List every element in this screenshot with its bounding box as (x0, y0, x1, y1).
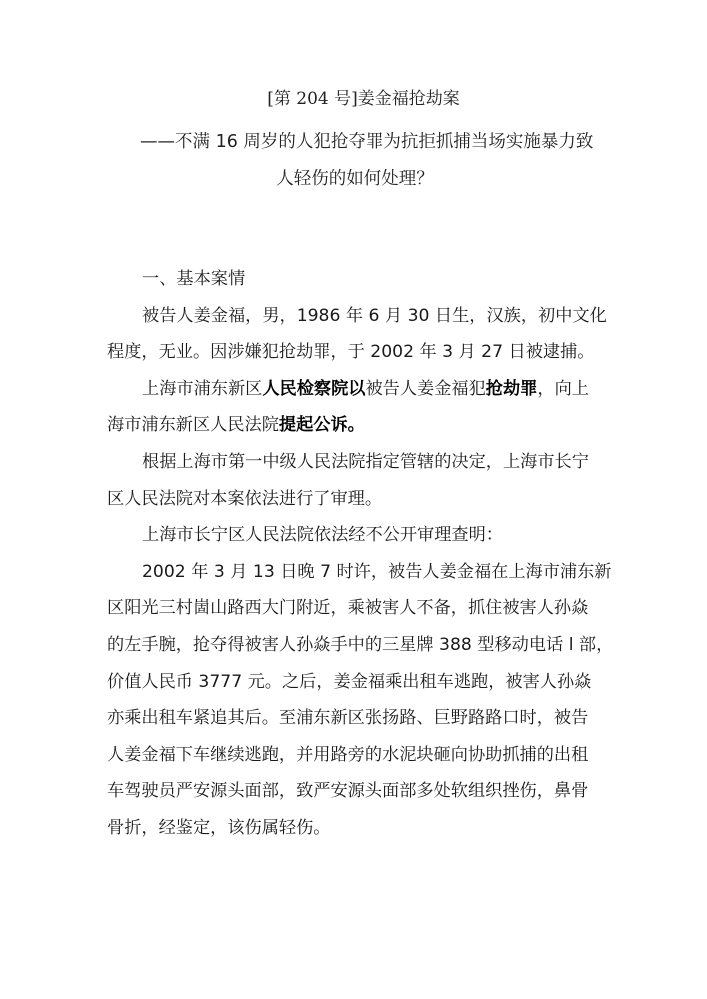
paragraph-defendant-info: 被告人姜金福，男，1986 年 6 月 30 日生，汉族，初中文化 程度，无业。… (107, 298, 601, 371)
text-segment: ，向上 (537, 379, 589, 399)
section-heading: 一、基本案情 (107, 261, 601, 298)
bold-text-segment: 抢劫罪 (486, 379, 538, 399)
bold-text-segment: 提起公诉 (279, 415, 348, 435)
case-title: [第 204 号]姜金福抢劫案 (0, 88, 707, 110)
subtitle-line-1: ——不满 16 周岁的人犯抢夺罪为抗拒抓捕当场实施暴力致 (140, 124, 610, 161)
text-segment: 被告人姜金福犯 (365, 379, 485, 399)
paragraph-findings-intro: 上海市长宁区人民法院依法经不公开审理查明： (107, 517, 601, 554)
paragraph-line: 上海市长宁区人民法院依法经不公开审理查明： (107, 517, 601, 554)
paragraph-line: 程度，无业。因涉嫌犯抢劫罪，于 2002 年 3 月 27 日被逮捕。 (107, 334, 601, 371)
paragraph-line: 车驾驶员严安源头面部，致严安源头面部多处软组织挫伤，鼻骨 (107, 773, 601, 810)
document-body: 一、基本案情 被告人姜金福，男，1986 年 6 月 30 日生，汉族，初中文化… (107, 261, 601, 847)
paragraph-line: 海市浦东新区人民法院提起公诉。 (107, 407, 601, 444)
paragraph-line: 区人民法院对本案依法进行了审理。 (107, 481, 601, 518)
paragraph-line: 价值人民币 3777 元。之后，姜金福乘出租车逃跑，被害人孙焱 (107, 664, 601, 701)
paragraph-line: 亦乘出租车紧追其后。至浦东新区张扬路、巨野路路口时，被告 (107, 700, 601, 737)
document-page: [第 204 号]姜金福抢劫案 ——不满 16 周岁的人犯抢夺罪为抗拒抓捕当场实… (0, 0, 707, 999)
case-subtitle: ——不满 16 周岁的人犯抢夺罪为抗拒抓捕当场实施暴力致 人轻伤的如何处理？ (140, 124, 610, 198)
paragraph-line: 人姜金福下车继续逃跑，并用路旁的水泥块砸向协助抓捕的出租 (107, 737, 601, 774)
text-segment: 。 (348, 415, 365, 435)
paragraph-line: 被告人姜金福，男，1986 年 6 月 30 日生，汉族，初中文化 (107, 298, 601, 335)
bold-text-segment: 人民检察院以 (262, 379, 365, 399)
paragraph-line: 根据上海市第一中级人民法院指定管辖的决定，上海市长宁 (107, 444, 601, 481)
paragraph-line: 区阳光三村崮山路西大门附近，乘被害人不备，抓住被害人孙焱 (107, 590, 601, 627)
paragraph-line: 2002 年 3 月 13 日晚 7 时许，被告人姜金福在上海市浦东新 (107, 554, 601, 591)
subtitle-line-2: 人轻伤的如何处理？ (140, 161, 610, 198)
paragraph-facts: 2002 年 3 月 13 日晚 7 时许，被告人姜金福在上海市浦东新 区阳光三… (107, 554, 601, 847)
paragraph-line: 上海市浦东新区人民检察院以被告人姜金福犯抢劫罪，向上 (107, 371, 601, 408)
paragraph-line: 的左手腕，抢夺得被害人孙焱手中的三星牌 388 型移动电话 l 部， (107, 627, 601, 664)
text-segment: 上海市浦东新区 (142, 379, 262, 399)
paragraph-line: 骨折，经鉴定，该伤属轻伤。 (107, 810, 601, 847)
text-segment: 海市浦东新区人民法院 (107, 415, 279, 435)
paragraph-jurisdiction: 根据上海市第一中级人民法院指定管辖的决定，上海市长宁 区人民法院对本案依法进行了… (107, 444, 601, 517)
paragraph-prosecution: 上海市浦东新区人民检察院以被告人姜金福犯抢劫罪，向上 海市浦东新区人民法院提起公… (107, 371, 601, 444)
